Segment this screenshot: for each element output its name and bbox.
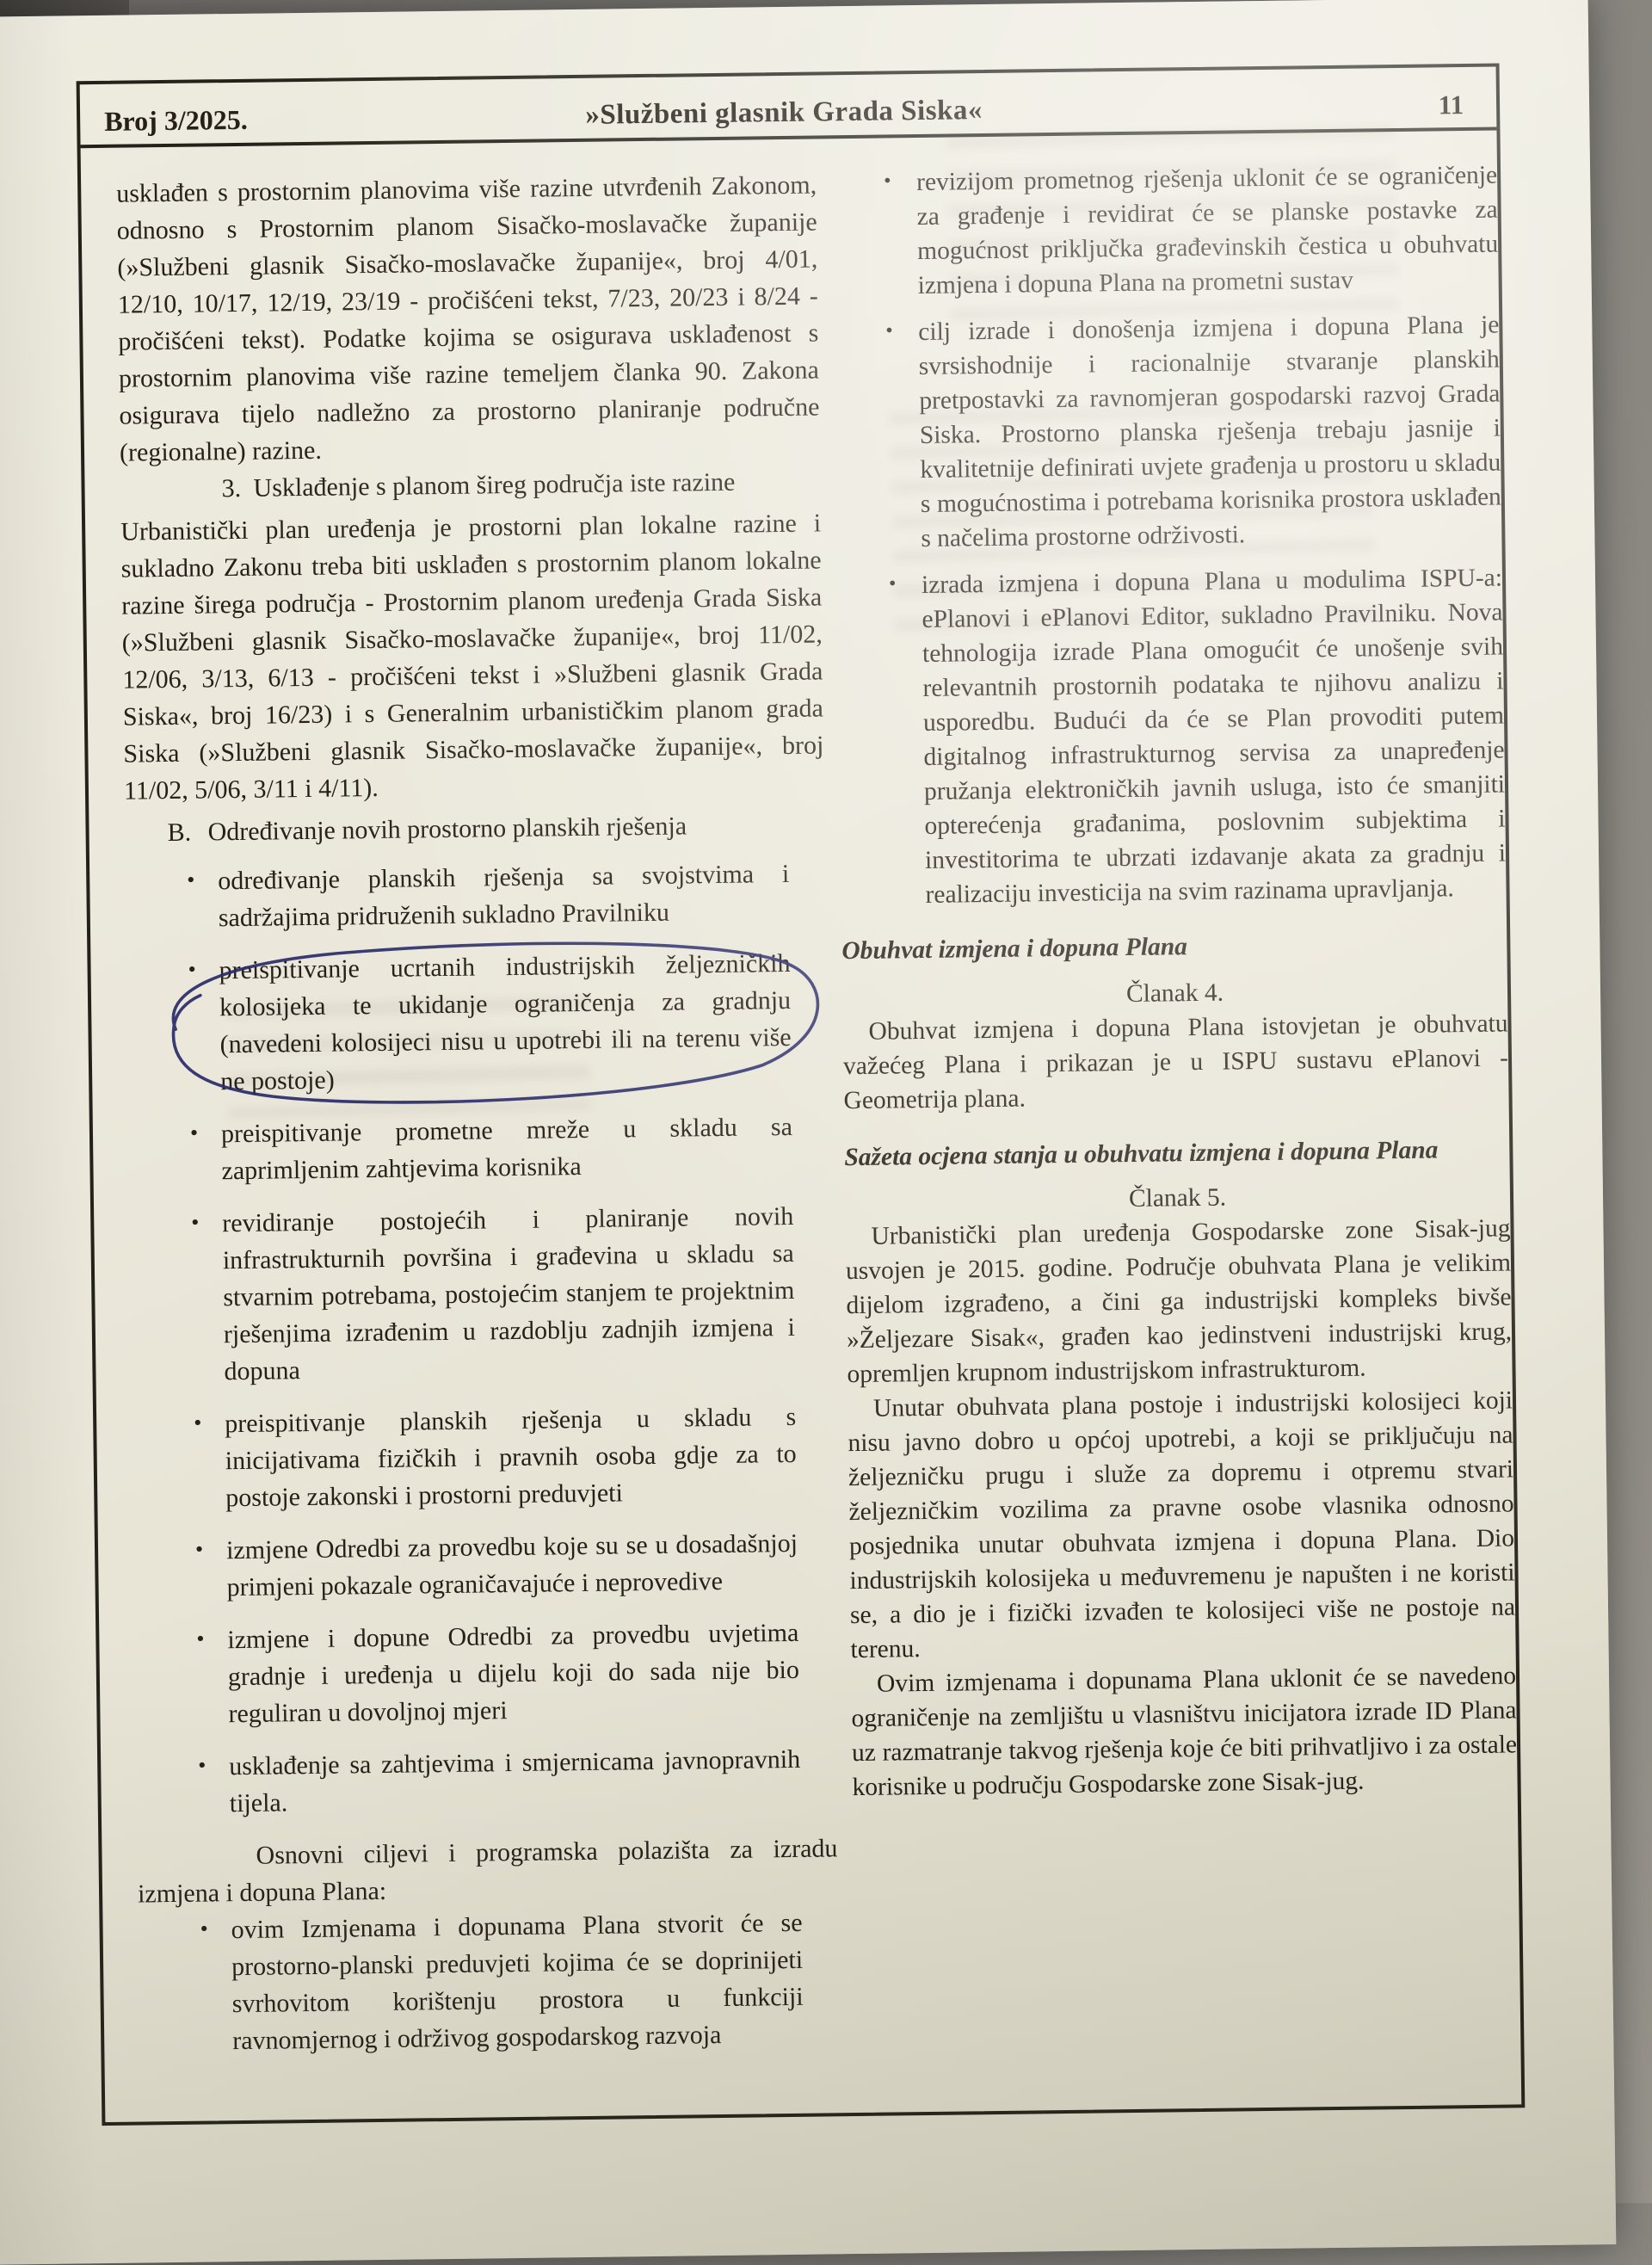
page-number: 11 <box>1205 89 1474 124</box>
paragraph-alignment-higher-plans: usklađen s prostornim planovima više raz… <box>116 166 820 471</box>
scanned-page: Broj 3/2025. »Službeni glasnik Grada Sis… <box>0 0 1616 2203</box>
page-frame: Broj 3/2025. »Službeni glasnik Grada Sis… <box>77 63 1526 2126</box>
item-number: 3. <box>221 470 254 507</box>
paragraph-item-3-body: Urbanistički plan uređenja je prostorni … <box>120 504 824 809</box>
list-item: preispitivanje prometne mreže u skladu s… <box>173 1108 829 1190</box>
list-item-text: preispitivanje ucrtanih industrijskih že… <box>219 949 791 1095</box>
objectives-bullet-list: ovim Izmjenama i dopunama Plana stvorit … <box>182 1904 840 2060</box>
section-label: B. <box>167 813 208 851</box>
list-item: revizijom prometnog rješenja uklonit će … <box>872 158 1499 304</box>
heading-assessment: Sažeta ocjena stanja u obuhvatu izmjena … <box>844 1132 1509 1175</box>
numbered-item-3: 3. Usklađenje s planom šireg područja is… <box>221 462 820 507</box>
list-item: izmjene Odredbi za provedbu koje su se u… <box>178 1524 835 1607</box>
list-item-circled: preispitivanje ucrtanih industrijskih že… <box>170 944 828 1101</box>
list-item: ovim Izmjenama i dopunama Plana stvorit … <box>182 1904 840 2060</box>
gazette-title: »Službeni glasnik Grada Siska« <box>362 92 1205 134</box>
paragraph-article-5-2: Unutar obuhvata plana postoje i industri… <box>848 1383 1516 1667</box>
heading-scope: Obuhvat izmjena i dopuna Plana <box>841 925 1507 968</box>
planning-solutions-bullet-list: određivanje planskih rješenja sa svojstv… <box>170 855 837 1822</box>
list-item: određivanje planskih rješenja sa svojstv… <box>170 855 826 937</box>
section-b-heading: B. Određivanje novih prostorno planskih … <box>167 805 824 851</box>
left-column: usklađen s prostornim planovima više raz… <box>116 166 841 2076</box>
list-item: izrada izmjena i dopuna Plana u modulima… <box>877 560 1507 912</box>
section-title: Određivanje novih prostorno planskih rje… <box>207 807 687 850</box>
list-item: preispitivanje planskih rješenja u sklad… <box>176 1398 834 1517</box>
paragraph-objectives-intro: Osnovni ciljevi i programska polazišta z… <box>137 1830 838 1912</box>
item-title: Usklađenje s planom šireg područja iste … <box>253 464 735 507</box>
list-item: usklađenje sa zahtjevima i smjernicama j… <box>181 1740 837 1823</box>
paragraph-article-5-1: Urbanistički plan uređenja Gospodarske z… <box>845 1211 1512 1392</box>
two-column-body: usklađen s prostornim planovima više raz… <box>81 131 1521 2077</box>
goals-bullet-list: revizijom prometnog rješenja uklonit će … <box>872 158 1507 913</box>
issue-number: Broj 3/2025. <box>104 102 362 138</box>
list-item: cilj izrade i donošenja izmjena i dopuna… <box>873 308 1501 557</box>
list-item: izmjene i dopune Odredbi za provedbu uvj… <box>179 1614 836 1733</box>
paragraph-article-4: Obuhvat izmjena i dopuna Plana istovjeta… <box>842 1006 1508 1118</box>
paragraph-article-5-3: Ovim izmjenama i dopunama Plana uklonit … <box>851 1658 1518 1805</box>
right-column: revizijom prometnog rješenja uklonit će … <box>832 158 1521 2068</box>
list-item: revidiranje postojećih i planiranje novi… <box>174 1197 832 1391</box>
